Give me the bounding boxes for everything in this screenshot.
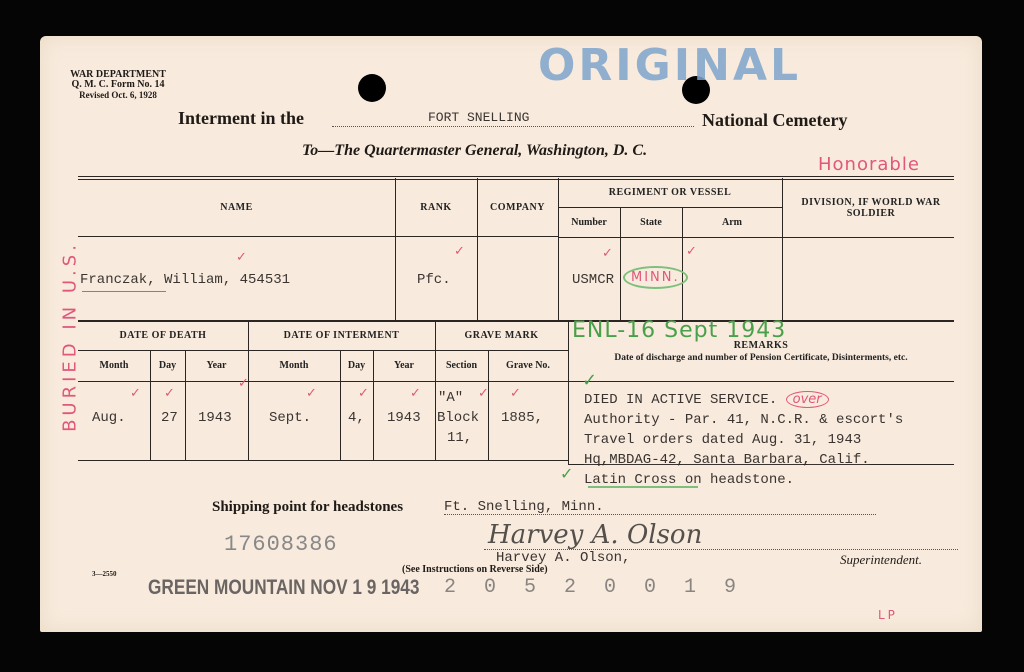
date-groups-rule [78, 350, 568, 351]
header-death-month: Month [78, 360, 150, 371]
check-mark-icon: ✓ [238, 376, 249, 391]
check-mark-icon: ✓ [358, 386, 369, 401]
col-divider-division [782, 178, 783, 320]
header-date-of-interment: DATE OF INTERMENT [248, 330, 435, 341]
header-date-of-death: DATE OF DEATH [78, 330, 248, 341]
header-grave-no: Grave No. [488, 360, 568, 371]
headstone-underline [588, 486, 698, 488]
punch-hole-left [358, 74, 386, 102]
department-block: WAR DEPARTMENT Q. M. C. Form No. 14 Revi… [68, 70, 168, 100]
header-regiment: REGIMENT OR VESSEL [558, 187, 782, 198]
check-mark-icon: ✓ [602, 246, 613, 261]
death-year: 1943 [198, 410, 232, 426]
header-division: DIVISION, IF WORLD WAR SOLDIER [788, 197, 954, 219]
enlistment-note: ENL-16 Sept 1943 [572, 318, 786, 343]
cemetery-underline [332, 126, 694, 127]
check-mark-icon: ✓ [130, 386, 141, 401]
col-divider-grave-mark [435, 322, 436, 460]
check-mark-icon: ✓ [510, 386, 521, 401]
interment-year: 1943 [387, 410, 421, 426]
header-name: NAME [78, 202, 395, 213]
interment-month: Sept. [269, 410, 311, 426]
header-section: Section [435, 360, 488, 371]
check-mark-icon: ✓ [164, 386, 175, 401]
interment-day: 4, [348, 410, 365, 426]
section-line-2: Block [437, 410, 479, 426]
check-mark-icon: ✓ [686, 244, 697, 259]
header-arm: Arm [682, 217, 782, 228]
stamp-numbers: 2 0 5 2 0 0 1 9 [444, 576, 744, 599]
original-stamp: ORIGINAL [538, 40, 801, 91]
check-mark-icon: ✓ [306, 386, 317, 401]
remarks-line-1: DIED IN ACTIVE SERVICE. over [584, 390, 903, 410]
death-month: Aug. [92, 410, 126, 426]
form-code: 3—2550 [92, 570, 117, 578]
header-rank: RANK [395, 202, 477, 213]
col-divider-rank [395, 178, 396, 320]
revised-date: Revised Oct. 6, 1928 [68, 90, 168, 100]
col-divider-interment [248, 322, 249, 460]
serial-number: 17608386 [224, 532, 338, 557]
check-mark-icon: ✓ [410, 386, 421, 401]
check-mark-icon: ✓ [236, 250, 247, 265]
col-divider-company [477, 178, 478, 320]
cemetery-name: FORT SNELLING [428, 110, 529, 125]
soldier-rank: Pfc. [417, 272, 451, 288]
header-death-year: Year [185, 360, 248, 371]
check-mark-icon: ✓ [454, 244, 465, 259]
section-line-1: "A" [438, 390, 463, 406]
remarks-header-rule [568, 381, 954, 382]
top-table-top-rule [78, 176, 954, 180]
received-stamp: GREEN MOUNTAIN NOV 1 9 1943 [148, 576, 419, 600]
national-cemetery-label: National Cemetery [702, 110, 847, 131]
check-mark-icon: ✓ [560, 464, 573, 483]
remarks-line-3: Travel orders dated Aug. 31, 1943 [584, 430, 903, 450]
interment-card: WAR DEPARTMENT Q. M. C. Form No. 14 Revi… [40, 36, 982, 632]
over-note: over [786, 391, 829, 408]
form-number: Q. M. C. Form No. 14 [68, 80, 168, 90]
to-line: To—The Quartermaster General, Washington… [302, 142, 647, 160]
bottom-table-rule [78, 460, 568, 461]
section-line-3: 11, [447, 430, 472, 446]
soldier-state: MINN. [623, 266, 688, 289]
superintendent-signature: Harvey A. Olson [488, 520, 702, 550]
initials-note: LP [878, 608, 898, 622]
shipping-label: Shipping point for headstones [212, 499, 403, 516]
header-interment-day: Day [340, 360, 373, 371]
header-grave-mark: GRAVE MARK [435, 330, 568, 341]
soldier-regiment: USMCR [572, 272, 614, 288]
remarks-text: DIED IN ACTIVE SERVICE. over Authority -… [584, 390, 903, 490]
instructions-note: (See Instructions on Reverse Side) [402, 564, 548, 575]
top-table-header-rule-left [78, 236, 558, 237]
shipping-value: Ft. Snelling, Minn. [444, 499, 604, 515]
check-mark-icon: ✓ [478, 386, 489, 401]
top-table-header-rule-right [558, 237, 954, 238]
header-interment-month: Month [248, 360, 340, 371]
header-remarks-sub: Date of discharge and number of Pension … [568, 353, 954, 363]
header-death-day: Day [150, 360, 185, 371]
honorable-note: Honorable [818, 154, 920, 175]
bottom-header-rule [78, 381, 568, 382]
interment-label: Interment in the [178, 108, 304, 129]
header-interment-year: Year [373, 360, 435, 371]
remarks-line-2: Authority - Par. 41, N.C.R. & escort's [584, 410, 903, 430]
header-number: Number [558, 217, 620, 228]
regiment-group-rule [558, 207, 782, 208]
grave-number: 1885, [501, 410, 543, 426]
col-divider-regiment [558, 178, 559, 320]
superintendent-label: Superintendent. [840, 552, 922, 568]
soldier-name: Franczak, William, 454531 [80, 272, 290, 288]
header-state: State [620, 217, 682, 228]
header-company: COMPANY [477, 202, 558, 213]
remarks-line-4: Hq,MBDAG-42, Santa Barbara, Calif. [584, 450, 903, 470]
death-day: 27 [161, 410, 178, 426]
top-table-bottom-rule [78, 320, 954, 322]
check-mark-icon: ✓ [582, 370, 597, 391]
name-underline [82, 291, 166, 292]
